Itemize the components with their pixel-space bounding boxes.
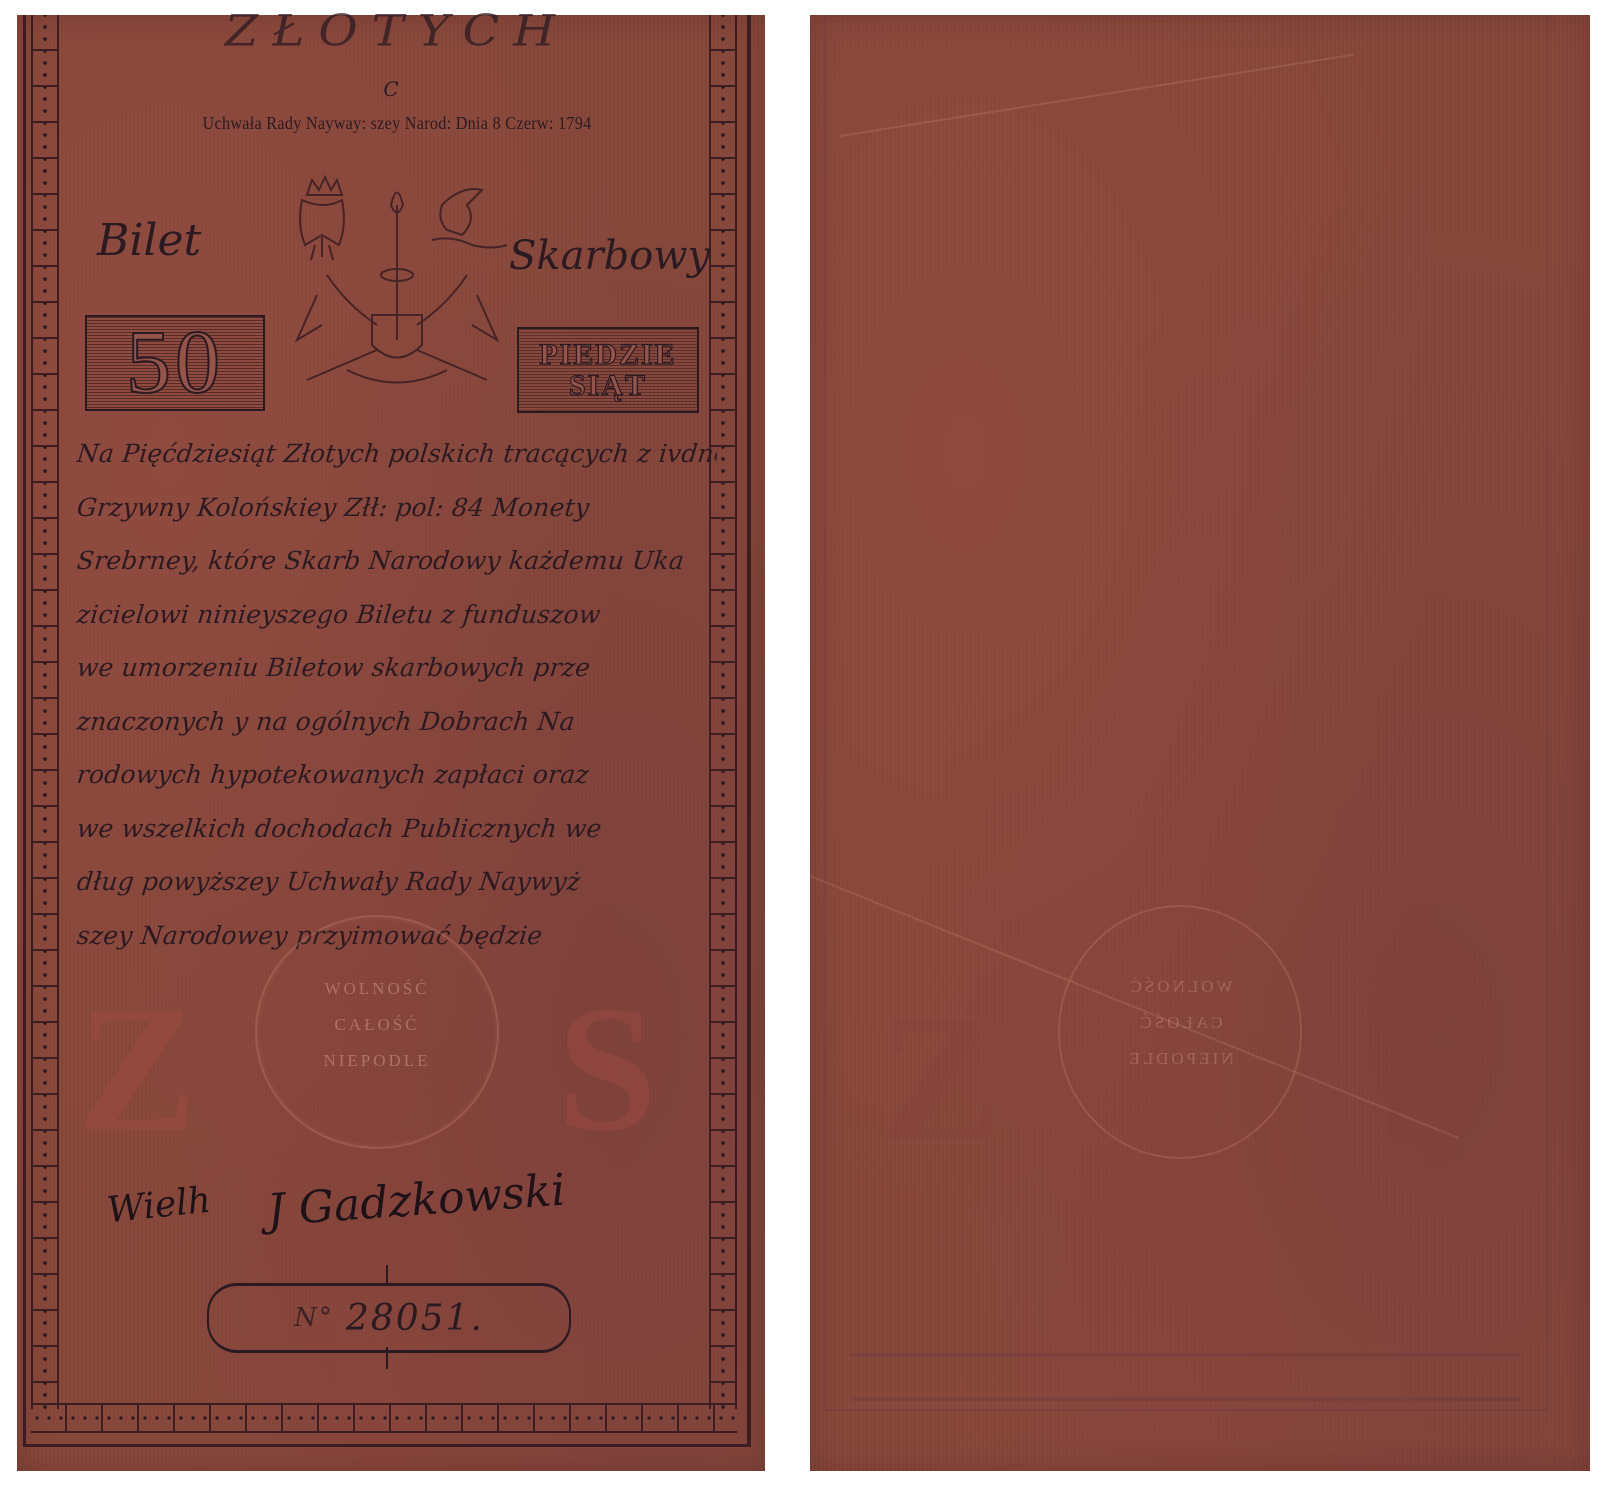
promise-text: Na Pięćdziesiąt Złotych polskich tracący… [77, 427, 717, 962]
promise-text-line: rodowych hypotekowanych zapłaci oraz [74, 748, 720, 802]
title-bilet: Bilet [97, 215, 201, 266]
watermark-left: Z [77, 965, 197, 1172]
watermark-right: S [557, 965, 657, 1172]
coat-of-arms-emblem-icon [267, 165, 527, 405]
seal-line-3: NIEPODLE [257, 1051, 497, 1071]
back-embossed-seal: WOLNOŚĆ CAŁOŚĆ NIEPODLE [1058, 905, 1302, 1159]
serial-prefix: N° [294, 1303, 334, 1333]
serial-brace-top [386, 1265, 388, 1283]
promise-text-line: we umorzeniu Biletow skarbowych prze [74, 641, 720, 695]
banknote-back: Z S WOLNOŚĆ CAŁOŚĆ NIEPODLE [810, 15, 1590, 1471]
serial-number-cartouche: N° 28051. [207, 1283, 571, 1353]
promise-text-line: Srebrney, które Skarb Narodowy każdemu U… [74, 534, 720, 588]
embossed-seal: WOLNOŚĆ CAŁOŚĆ NIEPODLE [255, 915, 499, 1149]
series-letter: C [17, 77, 765, 101]
left-border-ornament [31, 15, 59, 1409]
banknote-front: ZŁOTYCH C Uchwała Rady Nayway: szey Naro… [17, 15, 765, 1471]
promise-text-line: Grzywny Kolońskiey Złł: pol: 84 Monety [74, 481, 720, 535]
seal-line-2: CAŁOŚĆ [257, 1015, 497, 1035]
denomination-word-box: PIEDZIE SIĄT [517, 327, 699, 413]
promise-text-line: znaczonych y na ogólnych Dobrach Na [74, 695, 720, 749]
top-heading: ZŁOTYCH [77, 6, 717, 56]
resolution-line: Uchwała Rady Nayway: szey Narod: Dnia 8 … [109, 113, 685, 134]
title-skarbowy: Skarbowy [509, 233, 710, 279]
promise-text-line: Na Pięćdziesiąt Złotych polskich tracący… [74, 427, 720, 481]
denomination-number: 50 [126, 318, 224, 408]
bottom-border-ornament [31, 1403, 737, 1433]
back-seal-line-3: NIEPODLE [1060, 1049, 1300, 1069]
promise-text-line: we wszelkich dochodach Publicznych we [74, 802, 720, 856]
denomination-numeral-box: 50 [85, 315, 265, 411]
promise-text-line: dług powyższey Uchwały Rady Naywyż [74, 855, 720, 909]
back-faint-frame [824, 15, 1548, 1411]
back-seal-line-1: WOLNOŚĆ [1060, 977, 1300, 997]
denomination-word-line1: PIEDZIE [539, 339, 676, 371]
back-watermark-left: Z [880, 975, 1000, 1182]
serial-brace-bottom [386, 1347, 388, 1369]
back-seal-line-2: CAŁOŚĆ [1060, 1013, 1300, 1033]
serial-number: 28051. [346, 1298, 484, 1339]
back-watermark-right: S [1380, 975, 1480, 1182]
promise-text-line: zicielowi ninieyszego Biletu z funduszow [74, 588, 720, 642]
denomination-word-line2: SIĄT [569, 370, 647, 402]
back-faint-bottom-band [850, 1353, 1520, 1401]
banknote-scan: ZŁOTYCH C Uchwała Rady Nayway: szey Naro… [0, 0, 1606, 1500]
seal-line-1: WOLNOŚĆ [257, 979, 497, 999]
